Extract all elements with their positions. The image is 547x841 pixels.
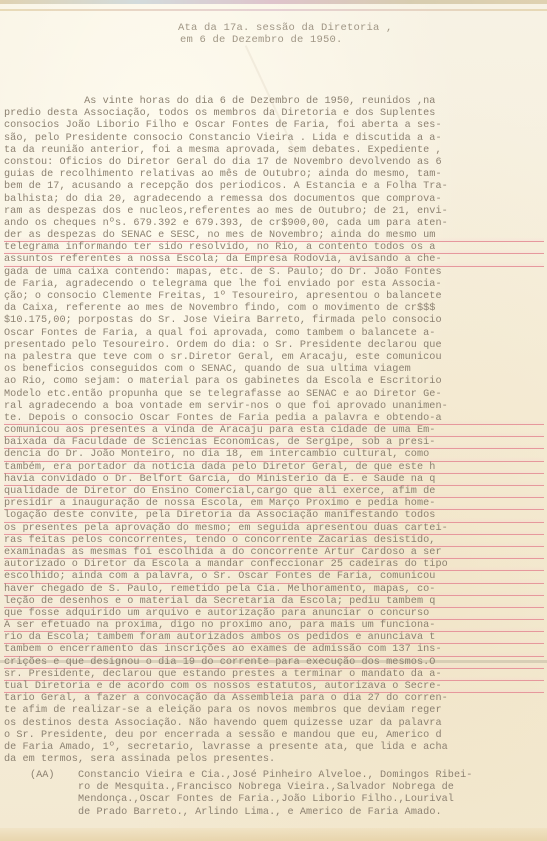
text-line: são, pelo Presidente consocio Constancio…	[4, 133, 544, 145]
text-line: baixada da Faculdade de Sciencias Econom…	[4, 437, 544, 449]
text-line: de Faria Amado, 1º, secretario, lavrasse…	[4, 742, 544, 754]
text-line: também, era portador da noticia dada pel…	[4, 462, 544, 474]
text-line: Modelo etc.então propunha que se telegra…	[4, 389, 544, 401]
header-title: Ata da 17a. sessão da Diretoria ,	[178, 22, 393, 34]
text-line: ta da reunião anterior, foi a mesma apro…	[4, 145, 544, 157]
text-line: der as despezas do SENAC e SESC, no mes …	[4, 230, 544, 242]
text-line: A ser efetuado na proxima, digo no proxi…	[4, 620, 544, 632]
text-line: examinadas as mesmas foi escolhida a do …	[4, 547, 544, 559]
text-line: As vinte horas do dia 6 de Dezembro de 1…	[4, 96, 544, 108]
text-line: escolhido; ainda com a palavra, o Sr. Os…	[4, 571, 544, 583]
signature-line: ro de Mesquita.,Francisco Nobrega Vieira…	[78, 782, 540, 794]
signature-line: de Prado Barreto., Arlindo Lima., e Amer…	[78, 807, 540, 819]
text-line: tambem o encerramento das inscrições ao …	[4, 644, 544, 656]
text-line: ras feitas pelos concorrentes, tendo o c…	[4, 535, 544, 547]
signature-line: Mendonça.,Oscar Fontes de Faria.,João Li…	[78, 794, 540, 806]
text-line: dencia do Dr. João Monteiro, no dia 18, …	[4, 449, 544, 461]
text-line: constou: Oficios do Diretor Geral do dia…	[4, 157, 544, 169]
header-date: em 6 de Dezembro de 1950.	[178, 34, 393, 46]
scanned-document-page: Ata da 17a. sessão da Diretoria , em 6 d…	[0, 0, 547, 841]
signature-line: Constancio Vieira e Cia.,José Pinheiro A…	[78, 770, 540, 782]
text-line: ral agradecendo a boa vontade em servir-…	[4, 401, 544, 413]
text-line: assuntos referentes a nossa Escola; da E…	[4, 254, 544, 266]
minutes-body: As vinte horas do dia 6 de Dezembro de 1…	[4, 96, 544, 766]
text-line: na palestra que teve com o sr.Diretor Ge…	[4, 352, 544, 364]
text-line: sr. Presidente, declarou que estando pre…	[4, 669, 544, 681]
text-line: que fosse adquirido um arquivo e autoriz…	[4, 608, 544, 620]
text-line: os destinos desta Associação. Não havend…	[4, 718, 544, 730]
text-line: guias de recolhimento relativas ao mês d…	[4, 169, 544, 181]
text-line: balhista; do dia 20, agradecendo a remes…	[4, 194, 544, 206]
text-line: ando os cheques nºs. 679.392 e 679.393, …	[4, 218, 544, 230]
text-line: haver chegado de S. Paulo, remetido pela…	[4, 584, 544, 596]
text-line: ao Rio, como sejam: o material para os g…	[4, 376, 544, 388]
text-line: comunicou aos presentes a vinda de Araca…	[4, 425, 544, 437]
text-line: qualidade de Diretor do Ensino Comercial…	[4, 486, 544, 498]
text-line: bem de 17, acusando a recepção dos perio…	[4, 181, 544, 193]
paper-top-stain	[0, 9, 547, 11]
text-line: rio da Escola; tambem foram autorizados …	[4, 632, 544, 644]
text-line: predio desta Associação, todos os membro…	[4, 108, 544, 120]
text-line: Oscar Fontes de Faria, a qual foi aprova…	[4, 328, 544, 340]
text-line: os beneficios conseguidos com o SENAC, q…	[4, 364, 544, 376]
text-line: da Caixa, referente ao mes de Novembro f…	[4, 303, 544, 315]
text-line: da em termos, sera assinada pelos presen…	[4, 754, 544, 766]
text-line: logação deste convite, pela Diretoria da…	[4, 510, 544, 522]
text-line: tual Diretoria e de acordo com os nossos…	[4, 681, 544, 693]
text-line: os presentes pela aprovação do mesmo; em…	[4, 523, 544, 535]
text-line: tario Geral, a fazer a convocação da Ass…	[4, 693, 544, 705]
text-line: autorizado o Diretor da Escola a mandar …	[4, 559, 544, 571]
text-line: gada de uma caixa contendo: mapas, etc. …	[4, 267, 544, 279]
signatures-label: (AA)	[30, 770, 78, 819]
text-line: havia convidado o Dr. Belfort Garcia, do…	[4, 474, 544, 486]
text-line: consocios João Liborio Filho e Oscar Fon…	[4, 120, 544, 132]
text-line: presidir a inauguração de nossa Escola, …	[4, 498, 544, 510]
text-line: telegrama informando ter sido resolvido,…	[4, 242, 544, 254]
signatures-list: Constancio Vieira e Cia.,José Pinheiro A…	[78, 770, 540, 819]
text-line: ram as despezas dos e nucleos,referentes…	[4, 206, 544, 218]
text-line: leção de desenhos e o material da Secret…	[4, 596, 544, 608]
paper-bottom-edge	[0, 828, 547, 841]
text-line: te. Depois o consocio Oscar Fontes de Fa…	[4, 413, 544, 425]
text-line: ção; o consocio Clemente Freitas, 1º Tes…	[4, 291, 544, 303]
text-line: presentado pelo Tesoureiro. Ordem do dia…	[4, 340, 544, 352]
text-line: $10.175,00; porpostas do Sr. Jose Vieira…	[4, 315, 544, 327]
document-header: Ata da 17a. sessão da Diretoria , em 6 d…	[178, 22, 393, 46]
signatures-block: (AA) Constancio Vieira e Cia.,José Pinhe…	[30, 770, 540, 819]
paper-top-edge	[0, 0, 547, 4]
text-line: crições e que designou o dia 19 do corre…	[4, 657, 544, 669]
text-line: de Faria, agradecendo o telegrama que lh…	[4, 279, 544, 291]
text-line: te afim de realizar-se a eleição para os…	[4, 705, 544, 717]
text-line: o Sr. Presidente, deu por encerrada a se…	[4, 730, 544, 742]
